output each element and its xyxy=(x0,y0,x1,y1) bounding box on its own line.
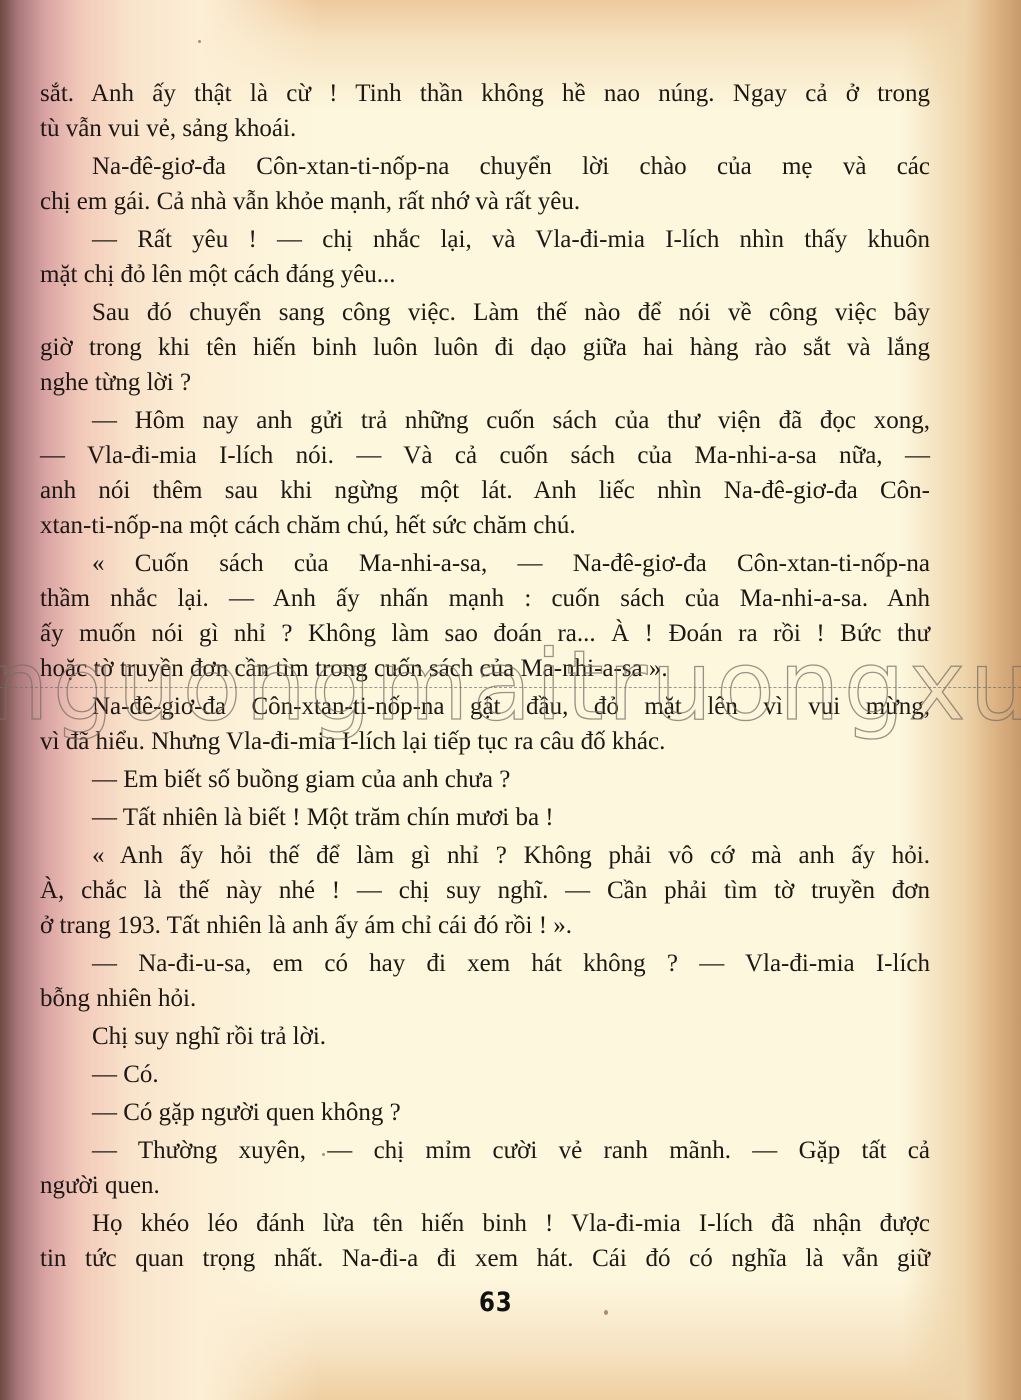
text-line: giờ trong khi tên hiến binh luôn luôn đi… xyxy=(40,330,930,365)
text-line: ở trang 193. Tất nhiên là anh ấy ám chỉ … xyxy=(40,908,930,943)
text-line: người quen. xyxy=(40,1168,930,1203)
text-line: — Rất yêu ! — chị nhắc lại, và Vla-đi-mi… xyxy=(40,222,930,257)
text-line: — Tất nhiên là biết ! Một trăm chín mươi… xyxy=(40,800,930,835)
paper-speck xyxy=(604,1310,608,1315)
text-line: bỗng nhiên hỏi. xyxy=(40,981,930,1016)
text-line: nghe từng lời ? xyxy=(40,365,930,400)
text-line: vì đã hiểu. Nhưng Vla-đi-mia I-lích lại … xyxy=(40,724,930,759)
text-line: — Hôm nay anh gửi trả những cuốn sách củ… xyxy=(40,403,930,438)
text-line: — Na-đi-u-sa, em có hay đi xem hát không… xyxy=(40,946,930,981)
text-line: thầm nhắc lại. — Anh ấy nhấn mạnh : cuốn… xyxy=(40,581,930,616)
text-line: anh nói thêm sau khi ngừng một lát. Anh … xyxy=(40,473,930,508)
page-number: 63 xyxy=(479,1287,513,1318)
text-line: Na-đê-giơ-đa Côn-xtan-ti-nốp-na chuyển l… xyxy=(40,149,930,184)
text-line: — Có gặp người quen không ? xyxy=(40,1095,930,1130)
text-line: tin tức quan trọng nhất. Na-đi-a đi xem … xyxy=(40,1241,930,1276)
text-line: À, chắc là thế này nhé ! — chị suy nghĩ.… xyxy=(40,873,930,908)
text-line: sắt. Anh ấy thật là cừ ! Tinh thần không… xyxy=(40,76,930,111)
text-line: — Thường xuyên, — chị mỉm cười vẻ ranh m… xyxy=(40,1133,930,1168)
text-line: Họ khéo léo đánh lừa tên hiến binh ! Vla… xyxy=(40,1206,930,1241)
text-line: chị em gái. Cả nhà vẫn khỏe mạnh, rất nh… xyxy=(40,184,930,219)
text-line: Chị suy nghĩ rồi trả lời. xyxy=(40,1019,930,1054)
text-line: tù vẫn vui vẻ, sảng khoái. xyxy=(40,111,930,146)
text-line: Sau đó chuyển sang công việc. Làm thế nà… xyxy=(40,295,930,330)
scanned-book-page: sắt. Anh ấy thật là cừ ! Tinh thần không… xyxy=(0,0,1021,1400)
body-text: sắt. Anh ấy thật là cừ ! Tinh thần không… xyxy=(40,76,930,1276)
text-line: xtan-ti-nốp-na một cách chăm chú, hết sứ… xyxy=(40,508,930,543)
text-line: — Em biết số buồng giam của anh chưa ? xyxy=(40,762,930,797)
paper-speck xyxy=(322,1153,325,1156)
text-line: ấy muốn nói gì nhỉ ? Không làm sao đoán … xyxy=(40,616,930,651)
text-line: « Anh ấy hỏi thế để làm gì nhỉ ? Không p… xyxy=(40,838,930,873)
text-line: mặt chị đỏ lên một cách đáng yêu... xyxy=(40,257,930,292)
text-line: hoặc tờ truyền đơn cần tìm trong cuốn sá… xyxy=(40,651,930,686)
text-line: — Vla-đi-mia I-lích nói. — Và cả cuốn sá… xyxy=(40,438,930,473)
text-line: — Có. xyxy=(40,1057,930,1092)
text-line: « Cuốn sách của Ma-nhi-a-sa, — Na-đê-giơ… xyxy=(40,546,930,581)
text-line: Na-đê-giơ-đa Côn-xtan-ti-nốp-na gật đầu,… xyxy=(40,689,930,724)
paper-speck xyxy=(198,40,201,43)
